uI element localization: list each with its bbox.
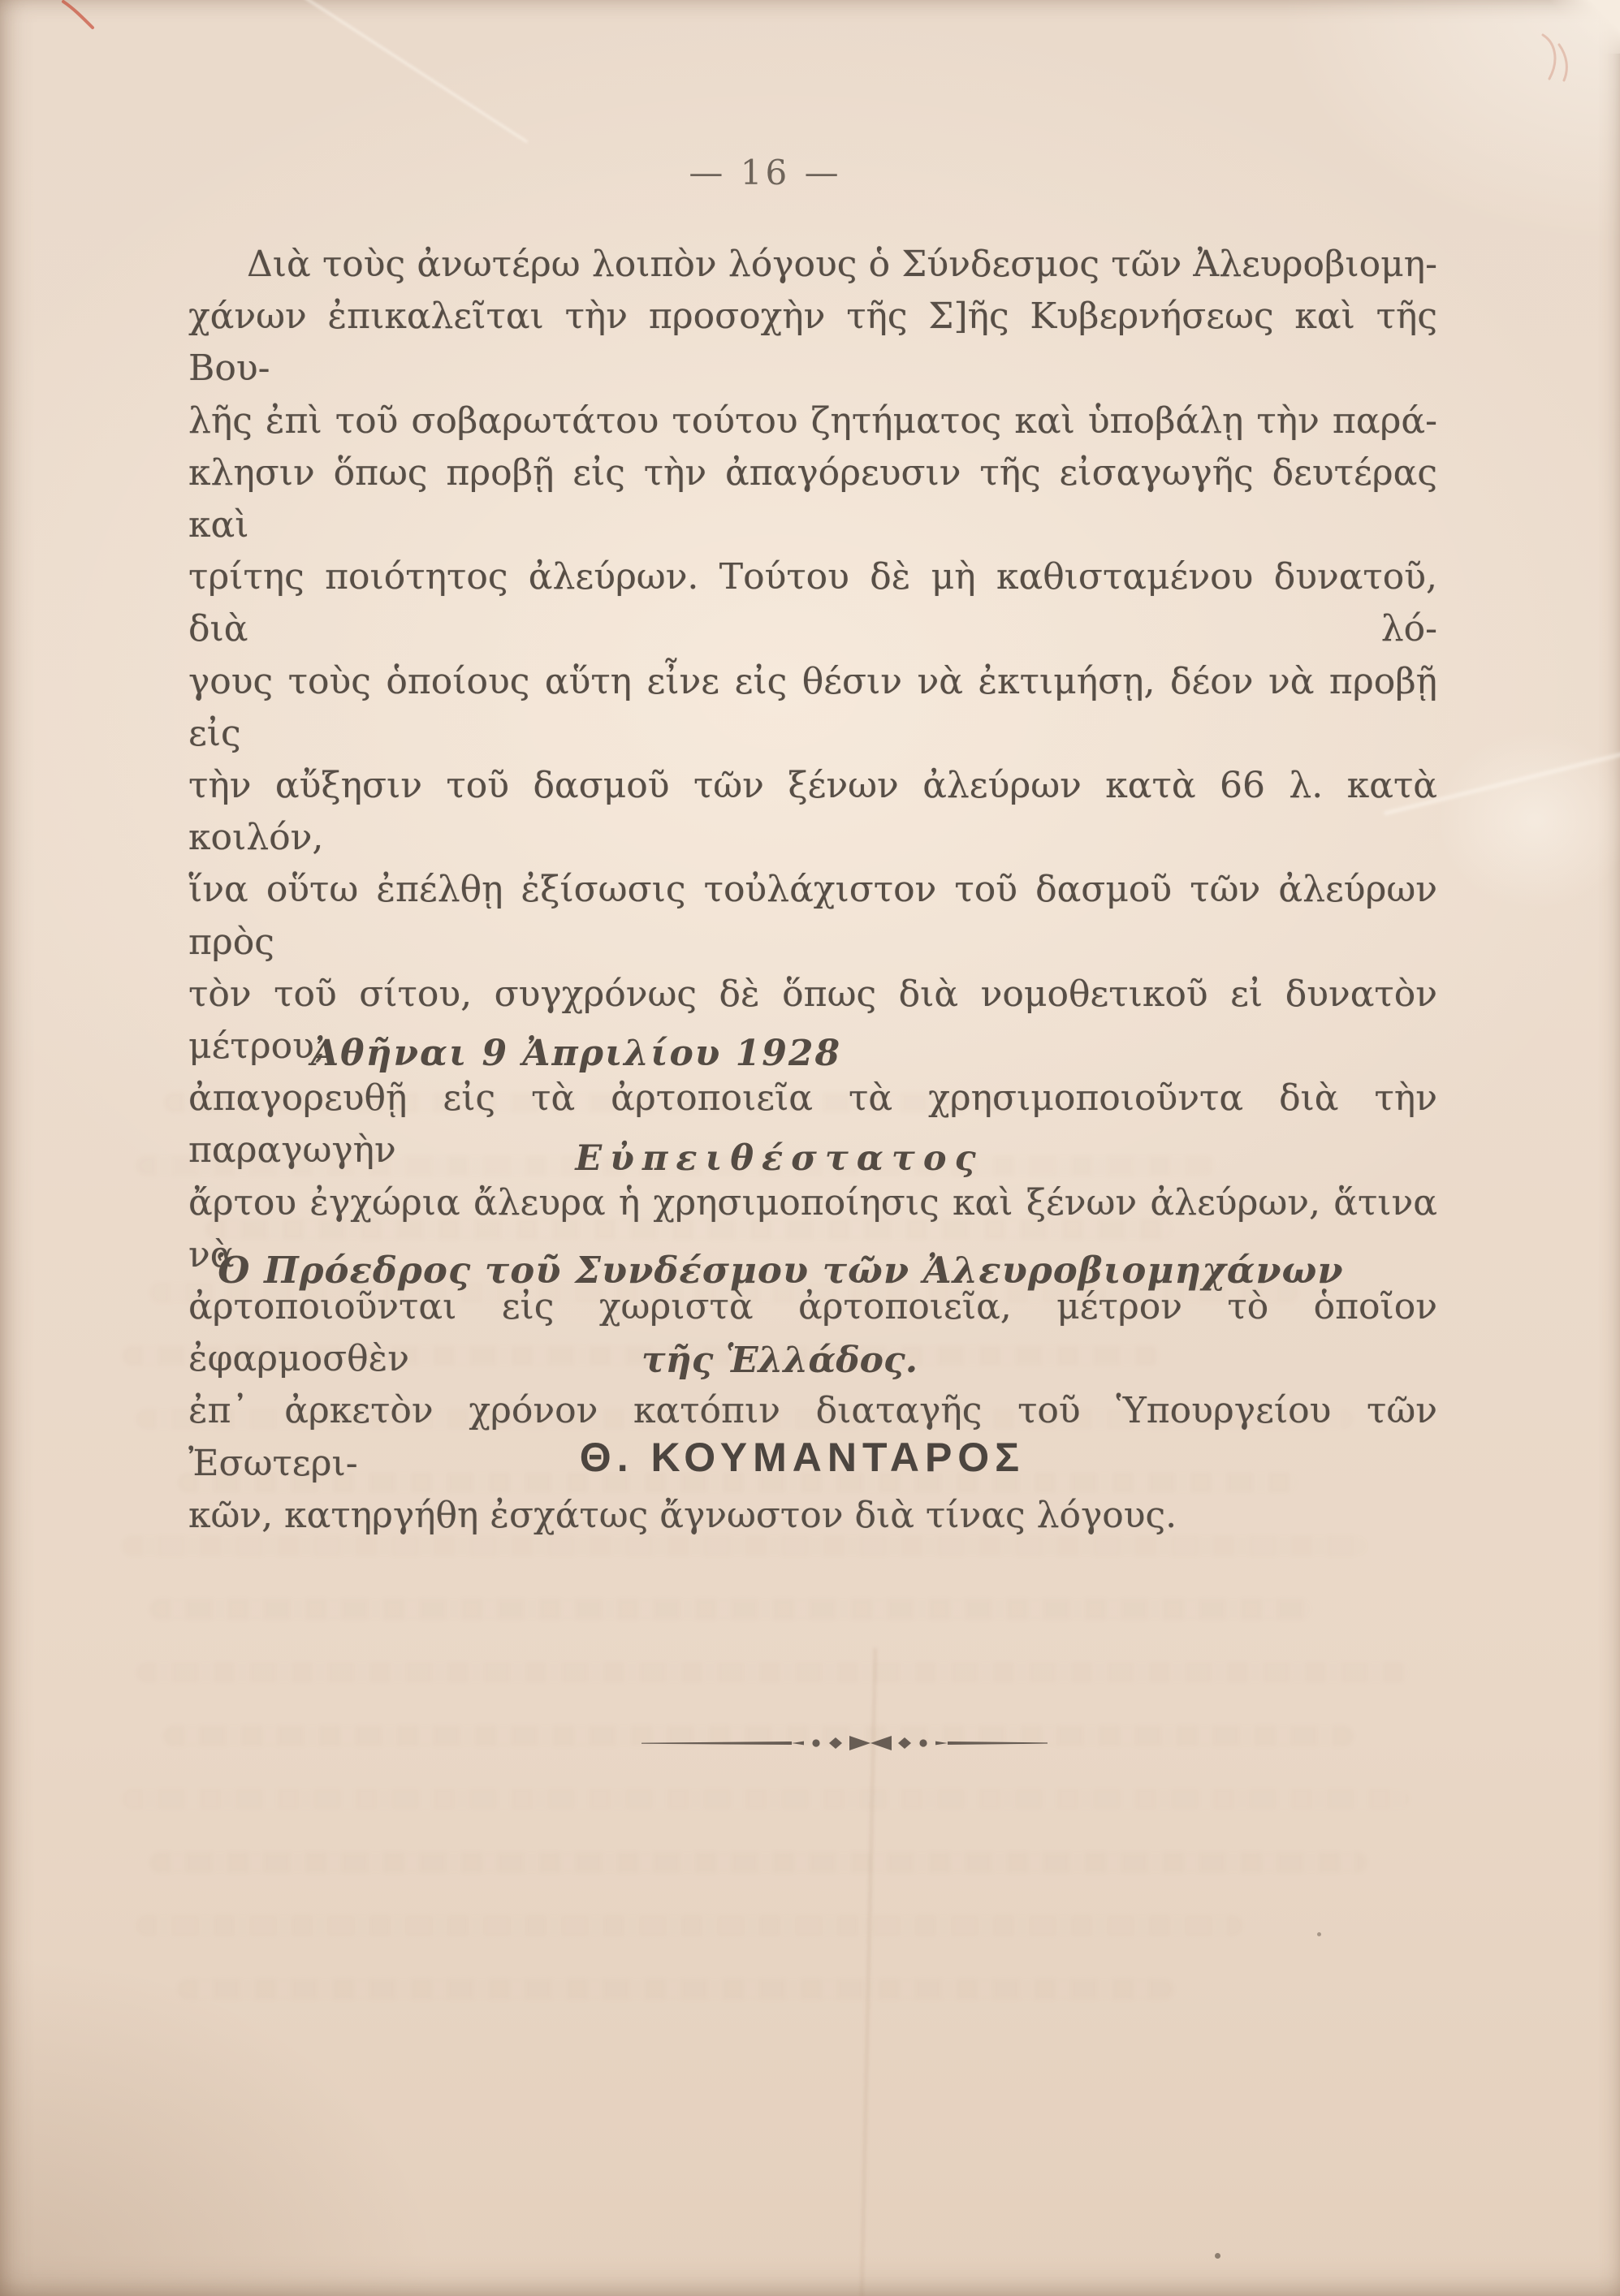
salutation: Εὐπειθέστατος: [0, 1138, 1559, 1179]
body-line: Διὰ τοὺς ἀνωτέρω λοιπὸν λόγους ὁ Σύνδεσμ…: [188, 239, 1437, 291]
body-line: τρίτης ποιότητος ἀλεύρων. Τούτου δὲ μὴ κ…: [188, 551, 1437, 655]
body-line: λῆς ἐπὶ τοῦ σοβαρωτάτου τούτου ζητήματος…: [188, 395, 1437, 447]
body-line: κῶν, κατηργήθη ἐσχάτως ἄγνωστον διὰ τίνα…: [188, 1490, 1437, 1542]
dateline: Ἀθῆναι 9 Ἀπριλίου 1928: [311, 1033, 841, 1074]
ink-speck: [1215, 2253, 1220, 2259]
signature-name: Θ. ΚΟΥΜΑΝΤΑΡΟΣ: [23, 1434, 1582, 1481]
document-page: — 16 — Διὰ τοὺς ἀνωτέρω λοιπὸν λόγους ὁ …: [0, 0, 1620, 2296]
body-line: χάνων ἐπικαλεῖται τὴν προσοχὴν τῆς Σ]ῆς …: [188, 291, 1437, 395]
body-line: ἵνα οὕτω ἐπέλθῃ ἐξίσωσις τοὐλάχιστον τοῦ…: [188, 864, 1437, 968]
paper-crease: [268, 0, 528, 143]
body-line: γους τοὺς ὁποίους αὕτη εἶνε εἰς θέσιν νὰ…: [188, 656, 1437, 760]
ink-speck: [1317, 1932, 1321, 1936]
body-line: κλησιν ὅπως προβῇ εἰς τὴν ἀπαγόρευσιν τῆ…: [188, 447, 1437, 551]
corner-fold: [1550, 0, 1620, 54]
handwritten-red-mark: [1535, 28, 1583, 85]
body-line: τὴν αὔξησιν τοῦ δασμοῦ τῶν ξένων ἀλεύρων…: [188, 760, 1437, 864]
page-number: — 16 —: [0, 153, 1575, 192]
signature-title-line1: Ὁ Πρόεδρος τοῦ Συνδέσμου τῶν Ἀλευροβιομη…: [0, 1249, 1559, 1292]
signature-title-line2: τῆς Ἑλλάδος.: [0, 1340, 1559, 1381]
paper-fold-sheen: [1437, 731, 1620, 909]
handwritten-red-mark: [57, 0, 106, 32]
divider-ornament-icon: [642, 1731, 1048, 1755]
